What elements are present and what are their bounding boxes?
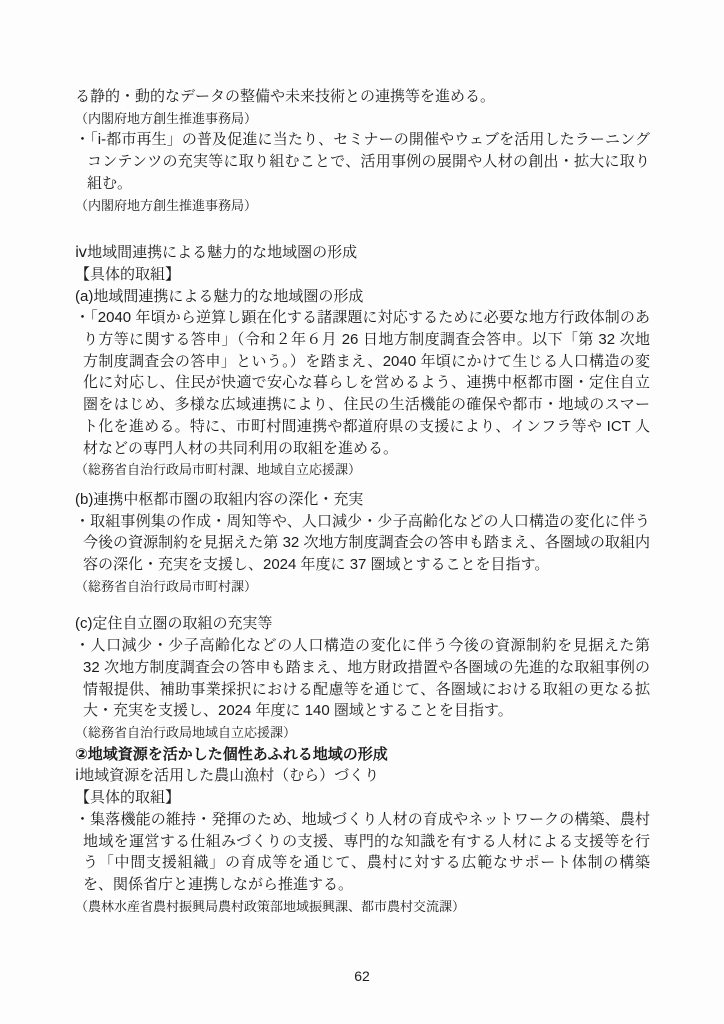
item-a-bullet: ・「2040 年頃から逆算し顕在化する諸課題に対応するために必要な地方行政体制の… [75,307,650,459]
continuation-paragraph: る静的・動的なデータの整備や未来技術との連携等を進める。 [75,86,650,108]
item-c-source: （総務省自治行政局地域自立応援課） [75,722,650,744]
document-page: る静的・動的なデータの整備や未来技術との連携等を進める。 （内閣府地方創生推進事… [0,0,724,1024]
concrete-actions-label-1: 【具体的取組】 [75,264,650,286]
item-b-source: （総務省自治行政局市町村課） [75,576,650,598]
source-line-cabinet-office-1: （内閣府地方創生推進事務局） [75,108,650,130]
item-a-heading: (a)地域間連携による魅力的な地域圏の形成 [75,286,650,308]
section-2-subheading: ⅰ地域資源を活用した農山漁村（むら）づくり [75,765,650,787]
document-body: る静的・動的なデータの整備や未来技術との連携等を進める。 （内閣府地方創生推進事… [75,86,650,917]
section-2-bullet: ・集落機能の維持・発揮のため、地域づくり人材の育成やネットワークの構築、農村地域… [75,809,650,896]
section-2-source: （農林水産省農村振興局農村政策部地域振興課、都市農村交流課） [75,896,650,918]
concrete-actions-label-2: 【具体的取組】 [75,787,650,809]
page-number: 62 [0,968,724,984]
bullet-i-toshi-saisei: ・「i-都市再生」の普及促進に当たり、セミナーの開催やウェブを活用したラーニング… [75,129,650,194]
item-c-heading: (c)定住自立圏の取組の充実等 [75,613,650,635]
section-2-heading: ②地域資源を活かした個性あふれる地域の形成 [75,744,650,766]
item-a-source: （総務省自治行政局市町村課、地域自立応援課） [75,459,650,481]
item-b-bullet: ・取組事例集の作成・周知等や、人口減少・少子高齢化などの人口構造の変化に伴う今後… [75,511,650,576]
item-c-bullet: ・人口減少・少子高齢化などの人口構造の変化に伴う今後の資源制約を見据えた第 32… [75,635,650,722]
item-b-heading: (b)連携中枢都市圏の取組内容の深化・充実 [75,489,650,511]
section-iv-heading: ⅳ地域間連携による魅力的な地域圏の形成 [75,242,650,264]
source-line-cabinet-office-2: （内閣府地方創生推進事務局） [75,195,650,217]
